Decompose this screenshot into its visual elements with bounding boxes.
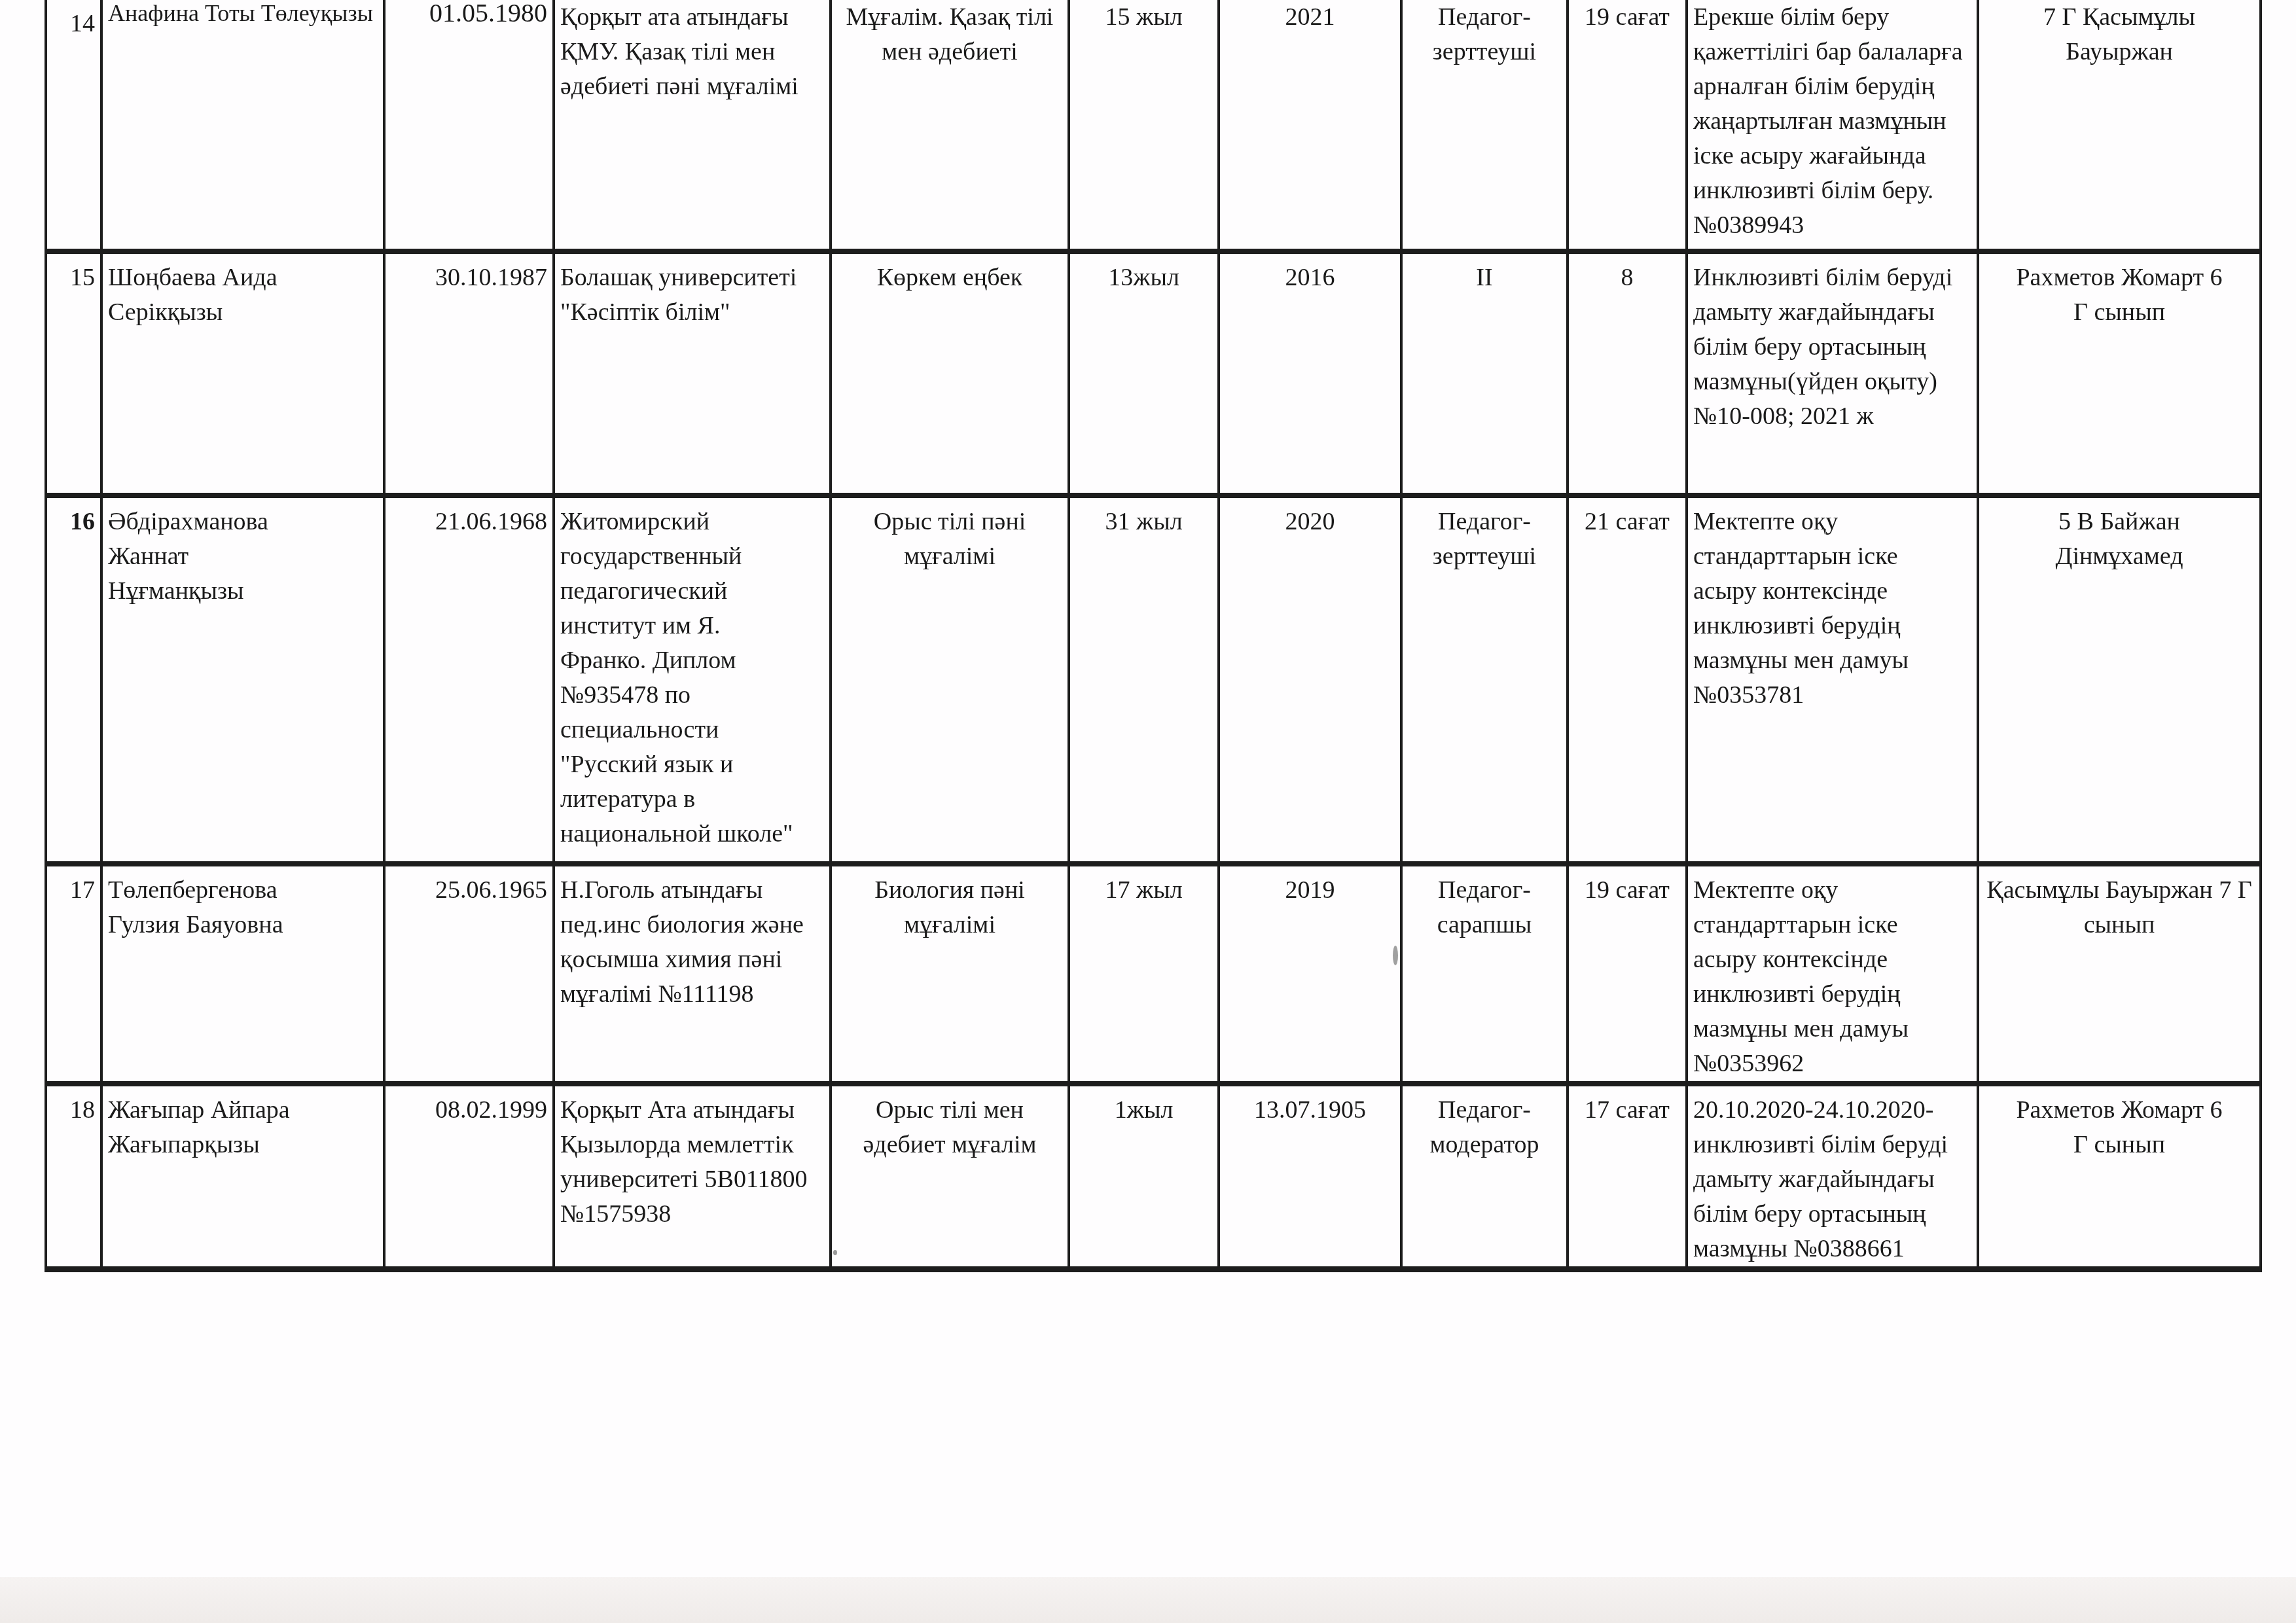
birth-date: 01.05.1980: [384, 0, 554, 251]
full-name: Төлепбергенова Гулзия Баяуовна: [101, 864, 384, 1084]
experience: 15 жыл: [1069, 0, 1219, 251]
education: Болашақ университеті "Кәсіптік білім": [554, 251, 831, 495]
hours: 19 сағат: [1568, 0, 1687, 251]
category: II: [1401, 251, 1568, 495]
row-number: 15: [46, 251, 101, 495]
hours: 17 сағат: [1568, 1084, 1687, 1270]
assigned-student: 7 Г Қасымұлы Бауыржан: [1978, 0, 2261, 251]
assigned-student: 5 В Байжан Дінмұхамед: [1978, 495, 2261, 864]
birth-date: 21.06.1968: [384, 495, 554, 864]
full-name: Әбдірахманова Жаннат Нұғманқызы: [101, 495, 384, 864]
full-name: Анафина Тоты Төлеуқызы: [101, 0, 384, 251]
assigned-student: Қасымұлы Бауыржан 7 Г сынып: [1978, 864, 2261, 1084]
courses: Ерекше білім беру қажеттілігі бар балала…: [1687, 0, 1978, 251]
education: Н.Гоголь атындағы пед.инс биология және …: [554, 864, 831, 1084]
attestation-year: 2016: [1219, 251, 1401, 495]
table-row: 14 Анафина Тоты Төлеуқызы 01.05.1980 Қор…: [46, 0, 2261, 251]
hours: 21 сағат: [1568, 495, 1687, 864]
experience: 13жыл: [1069, 251, 1219, 495]
scan-speck: [833, 1250, 837, 1255]
courses: Инклюзивті білім беруді дамыту жағдайынд…: [1687, 251, 1978, 495]
birth-date: 08.02.1999: [384, 1084, 554, 1270]
courses: 20.10.2020-24.10.2020-инклюзивті білім б…: [1687, 1084, 1978, 1270]
teacher-roster-table: 14 Анафина Тоты Төлеуқызы 01.05.1980 Қор…: [45, 0, 2262, 1272]
table-row: 16 Әбдірахманова Жаннат Нұғманқызы 21.06…: [46, 495, 2261, 864]
education: Житомирский государственный педагогическ…: [554, 495, 831, 864]
education: Қорқыт Ата атындағы Қызылорда мемлеттік …: [554, 1084, 831, 1270]
attestation-year: 13.07.1905: [1219, 1084, 1401, 1270]
category: Педагог-сарапшы: [1401, 864, 1568, 1084]
table-row: 15 Шоңбаева Аида Серікқызы 30.10.1987 Бо…: [46, 251, 2261, 495]
specialty: Мұғалім. Қазақ тілі мен әдебиеті: [831, 0, 1069, 251]
category: Педагог-зерттеуші: [1401, 0, 1568, 251]
assigned-student: Рахметов Жомарт 6 Г сынып: [1978, 251, 2261, 495]
birth-date: 30.10.1987: [384, 251, 554, 495]
scanned-page: 14 Анафина Тоты Төлеуқызы 01.05.1980 Қор…: [0, 0, 2296, 1623]
attestation-year: 2020: [1219, 495, 1401, 864]
category: Педагог-модератор: [1401, 1084, 1568, 1270]
scan-speck: [1393, 946, 1398, 965]
specialty: Көркем еңбек: [831, 251, 1069, 495]
row-number: 18: [46, 1084, 101, 1270]
specialty: Биология пәні мұғалімі: [831, 864, 1069, 1084]
row-number: 14: [46, 0, 101, 251]
courses: Мектепте оқу стандарттарын іске асыру ко…: [1687, 495, 1978, 864]
birth-date: 25.06.1965: [384, 864, 554, 1084]
full-name: Шоңбаева Аида Серікқызы: [101, 251, 384, 495]
courses: Мектепте оқу стандарттарын іске асыру ко…: [1687, 864, 1978, 1084]
full-name: Жағыпар Айпара Жағыпарқызы: [101, 1084, 384, 1270]
experience: 17 жыл: [1069, 864, 1219, 1084]
table-row: 18 Жағыпар Айпара Жағыпарқызы 08.02.1999…: [46, 1084, 2261, 1270]
table-row: 17 Төлепбергенова Гулзия Баяуовна 25.06.…: [46, 864, 2261, 1084]
specialty: Орыс тілі мен әдебиет мұғалім: [831, 1084, 1069, 1270]
hours: 19 сағат: [1568, 864, 1687, 1084]
attestation-year: 2019: [1219, 864, 1401, 1084]
assigned-student: Рахметов Жомарт 6 Г сынып: [1978, 1084, 2261, 1270]
experience: 1жыл: [1069, 1084, 1219, 1270]
education: Қорқыт ата атындағы ҚМУ. Қазақ тілі мен …: [554, 0, 831, 251]
scan-bottom-edge: [0, 1577, 2296, 1623]
row-number: 17: [46, 864, 101, 1084]
category: Педагог-зерттеуші: [1401, 495, 1568, 864]
specialty: Орыс тілі пәні мұғалімі: [831, 495, 1069, 864]
experience: 31 жыл: [1069, 495, 1219, 864]
hours: 8: [1568, 251, 1687, 495]
attestation-year: 2021: [1219, 0, 1401, 251]
row-number: 16: [46, 495, 101, 864]
